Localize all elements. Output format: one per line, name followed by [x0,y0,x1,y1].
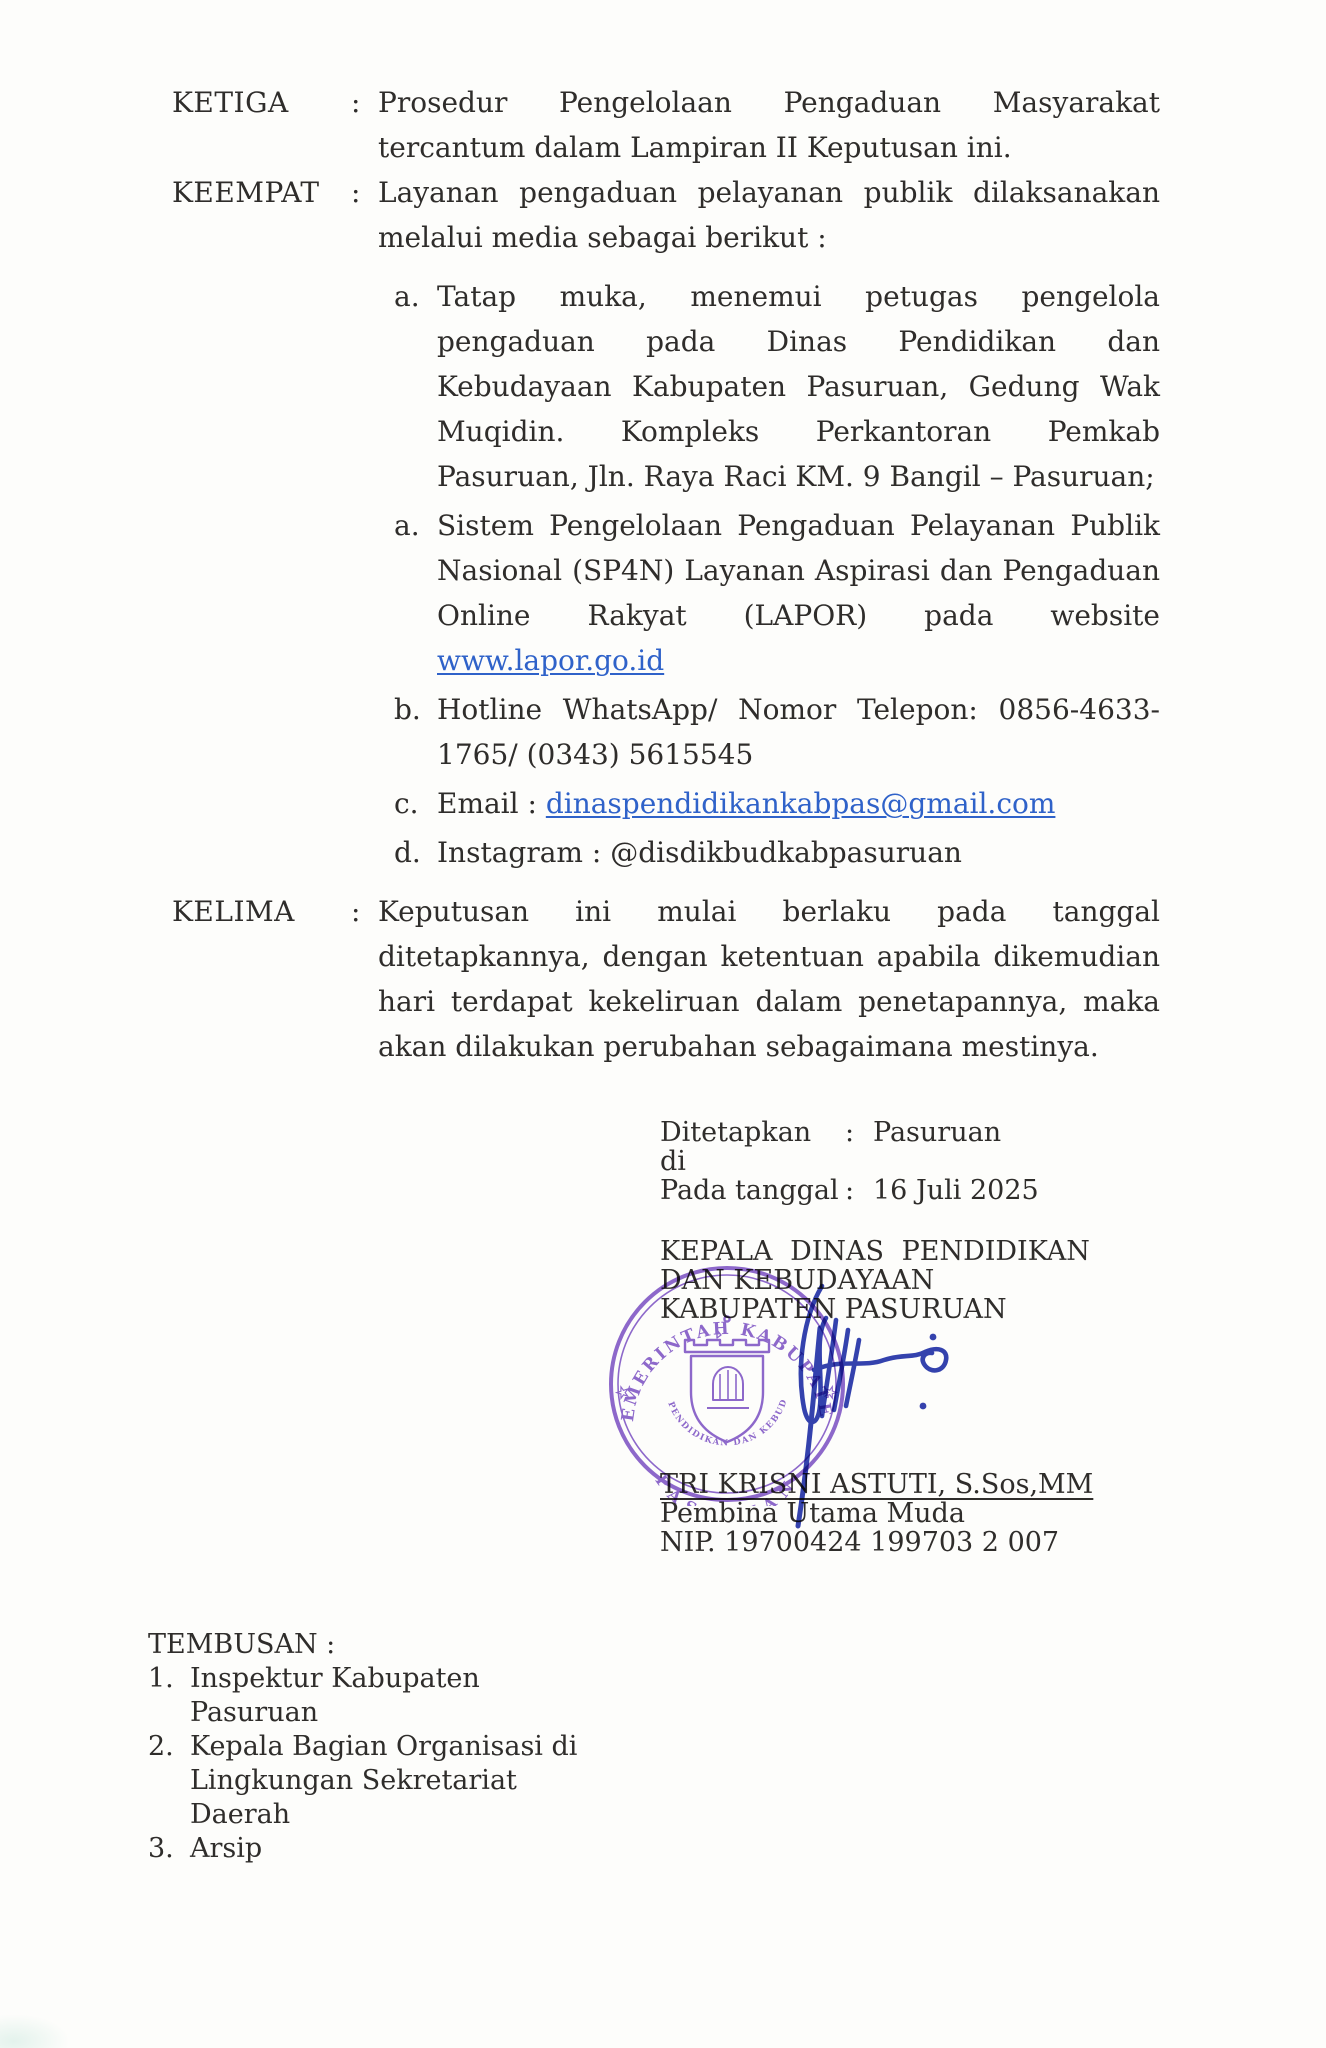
tembusan-section: TEMBUSAN : 1. Inspektur Kabupaten Pasuru… [148,1628,600,1866]
dictum-text: Prosedur Pengelolaan Pengaduan Masyaraka… [378,80,1160,170]
tembusan-item-text: Arsip [190,1832,600,1866]
list-marker: a. [394,274,437,499]
email-link[interactable]: dinaspendidikankabpas@gmail.com [546,787,1056,820]
dictum-row-ketiga: KETIGA : Prosedur Pengelolaan Pengaduan … [172,80,1160,170]
colon: : [845,1176,873,1205]
document-page: KETIGA : Prosedur Pengelolaan Pengaduan … [0,0,1326,2048]
media-list-item: a. Sistem Pengelolaan Pengaduan Pelayana… [394,503,1160,683]
handwritten-signature [762,1258,1118,1548]
tembusan-item: 1. Inspektur Kabupaten Pasuruan [148,1662,600,1730]
tembusan-item-number: 2. [148,1730,190,1832]
media-list-item: b. Hotline WhatsApp/ Nomor Telepon: 0856… [394,687,1160,777]
lapor-website-link[interactable]: www.lapor.go.id [437,644,664,677]
signature-dot [920,1403,927,1410]
list-item-text: Sistem Pengelolaan Pengaduan Pelayanan P… [437,503,1160,683]
place-of-issue-label: Ditetapkan di [660,1118,845,1176]
list-item-text-segment: Sistem Pengelolaan Pengaduan Pelayanan P… [437,509,1160,632]
list-item-text: Instagram : @disdikbudkabpasuruan [437,830,1160,875]
place-of-issue-row: Ditetapkan di : Pasuruan [660,1118,1140,1176]
date-of-issue-row: Pada tanggal : 16 Juli 2025 [660,1176,1140,1205]
tembusan-item-number: 3. [148,1832,190,1866]
tembusan-item: 3. Arsip [148,1832,600,1866]
dictum-colon: : [351,889,378,934]
list-item-text: Hotline WhatsApp/ Nomor Telepon: 0856-46… [437,687,1160,777]
media-list-item: d. Instagram : @disdikbudkabpasuruan [394,830,1160,875]
list-marker: d. [394,830,437,875]
tembusan-title: TEMBUSAN : [148,1628,600,1662]
list-marker: a. [394,503,437,683]
media-list-item: a. Tatap muka, menemui petugas pengelola… [394,274,1160,499]
dictum-row-keempat: KEEMPAT : Layanan pengaduan pelayanan pu… [172,170,1160,260]
dictum-colon: : [351,170,378,215]
media-list-item: c. Email : dinaspendidikankabpas@gmail.c… [394,781,1160,826]
signature-stroke [846,1340,859,1406]
dictum-colon: : [351,80,378,125]
list-item-text-segment: Email : [437,787,546,820]
tembusan-item-text: Kepala Bagian Organisasi di Lingkungan S… [190,1730,600,1832]
dictum-term: KEEMPAT [172,170,351,215]
signature-dot [930,1334,937,1341]
tembusan-item-text: Inspektur Kabupaten Pasuruan [190,1662,600,1730]
list-marker: c. [394,781,437,826]
date-of-issue-value: 16 Juli 2025 [873,1176,1140,1205]
tembusan-item: 2. Kepala Bagian Organisasi di Lingkunga… [148,1730,600,1832]
tembusan-item-number: 1. [148,1662,190,1730]
place-of-issue-value: Pasuruan [873,1118,1140,1176]
date-of-issue-label: Pada tanggal [660,1176,845,1205]
dictum-row-kelima: KELIMA : Keputusan ini mulai berlaku pad… [172,889,1160,1069]
scan-smudge [0,2014,70,2048]
dictum-section: KETIGA : Prosedur Pengelolaan Pengaduan … [172,80,1160,1069]
media-list: a. Tatap muka, menemui petugas pengelola… [394,274,1160,875]
colon: : [845,1118,873,1176]
dictum-term: KETIGA [172,80,351,125]
list-marker: b. [394,687,437,777]
list-item-text: Email : dinaspendidikankabpas@gmail.com [437,781,1160,826]
dictum-term: KELIMA [172,889,351,934]
list-item-text: Tatap muka, menemui petugas pengelola pe… [437,274,1160,499]
dictum-text: Keputusan ini mulai berlaku pada tanggal… [378,889,1160,1069]
dictum-text: Layanan pengaduan pelayanan publik dilak… [378,170,1160,260]
